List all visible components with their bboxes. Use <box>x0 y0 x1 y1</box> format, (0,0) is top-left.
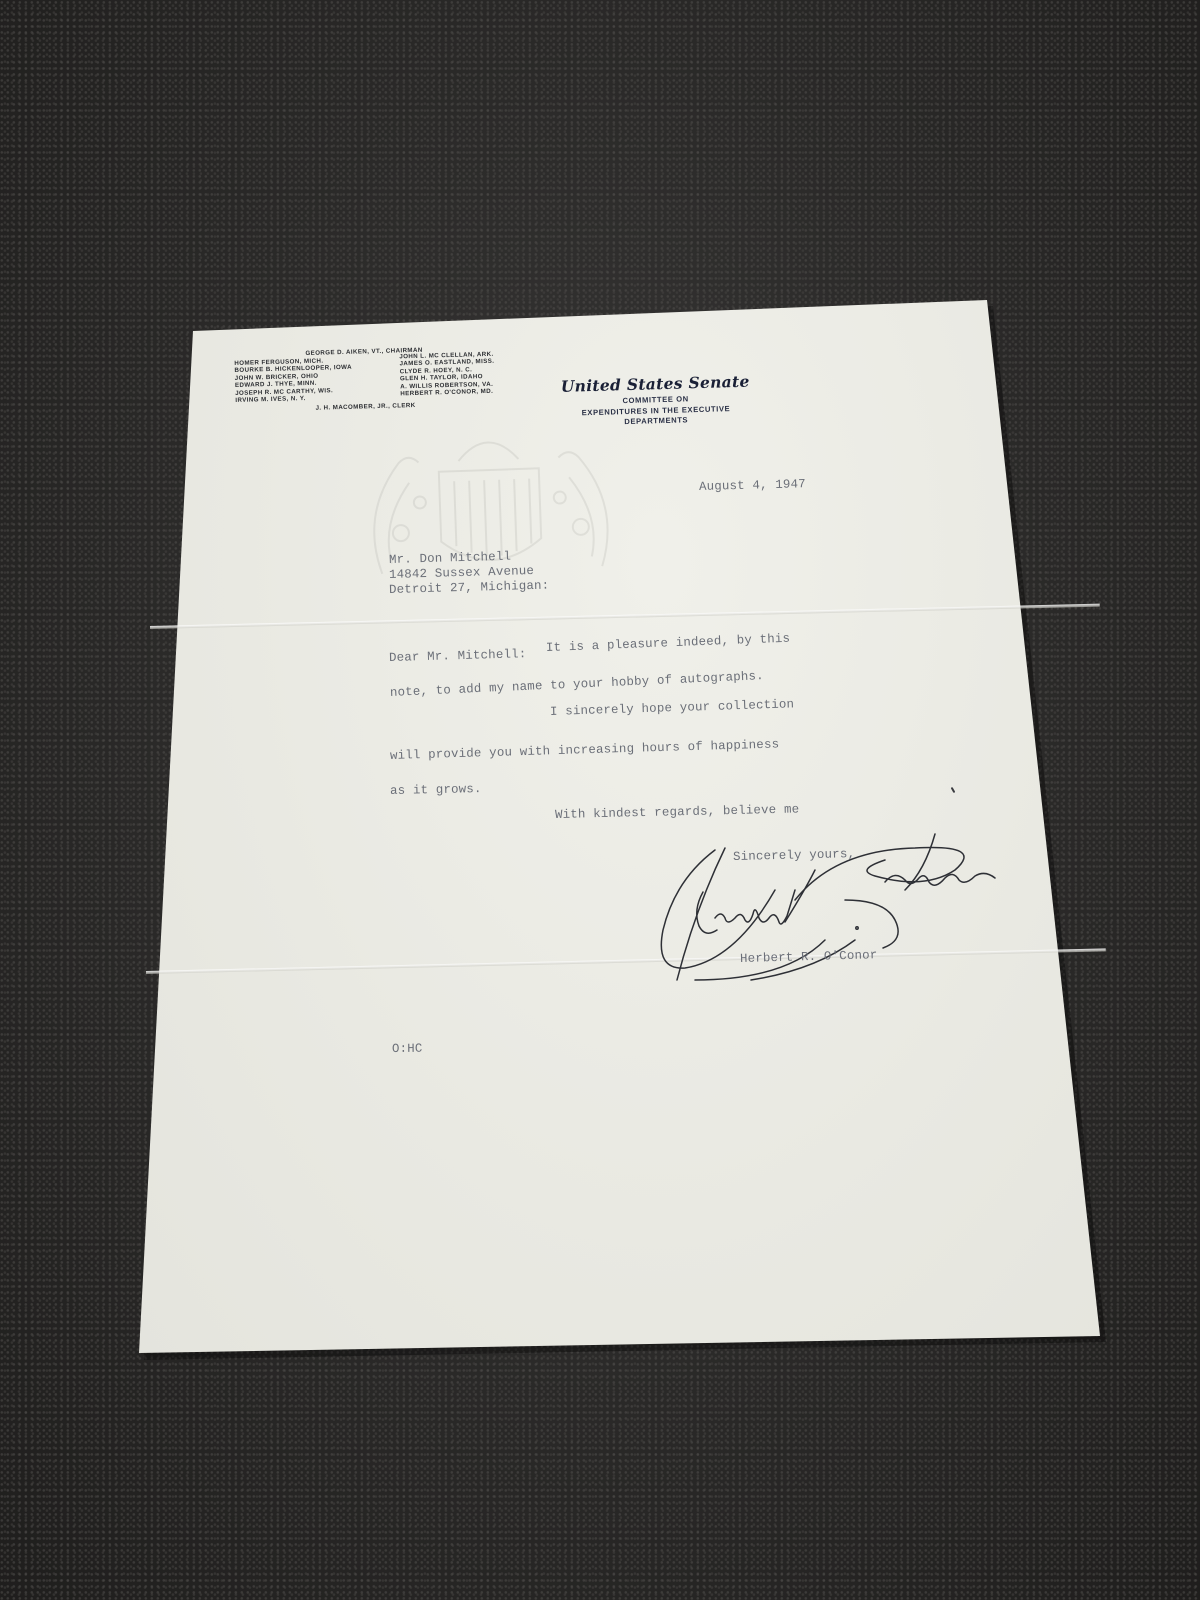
body-line: note, to add my name to your hobby of au… <box>390 669 764 700</box>
committee-roster: GEORGE D. AIKEN, VT., CHAIRMAN HOMER FER… <box>234 345 496 415</box>
letter-content: GEORGE D. AIKEN, VT., CHAIRMAN HOMER FER… <box>0 0 1200 1600</box>
handwritten-signature-icon: Herbert R. O'Conor <box>655 830 1025 990</box>
closing-line: With kindest regards, believe me <box>555 802 800 822</box>
body-line: as it grows. <box>390 782 482 798</box>
committee-name: COMMITTEE ON EXPENDITURES IN THE EXECUTI… <box>521 391 792 430</box>
member-name: HERBERT R. O'CONOR, MD. <box>400 388 495 398</box>
body-line: I sincerely hope your collection <box>550 697 795 719</box>
members-right-column: JOHN L. MC CLELLAN, ARK. JAMES O. EASTLA… <box>399 351 495 400</box>
salutation: Dear Mr. Mitchell: <box>389 647 527 665</box>
reference-initials: O:HC <box>392 1042 423 1056</box>
body-line: will provide you with increasing hours o… <box>390 737 780 763</box>
letterhead-heading: United States Senate COMMITTEE ON EXPEND… <box>520 370 791 430</box>
letter-date: August 4, 1947 <box>699 477 806 494</box>
body-line: It is a pleasure indeed, by this <box>546 632 791 655</box>
members-left-column: HOMER FERGUSON, MICH. BOURKE B. HICKENLO… <box>234 357 353 405</box>
ink-mark <box>951 787 956 793</box>
